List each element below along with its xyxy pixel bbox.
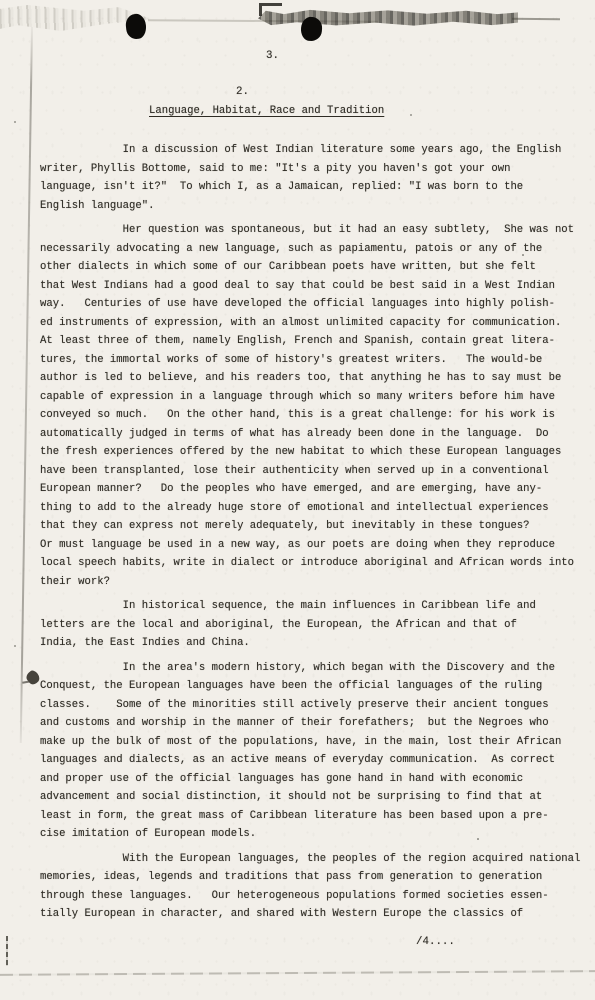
torn-edge-shadow <box>258 9 518 26</box>
document-body: In a discussion of West Indian literatur… <box>40 141 580 930</box>
section-title: Language, Habitat, Race and Tradition <box>149 104 384 118</box>
continuation-mark: /4.... <box>416 936 455 949</box>
page-number: 3. <box>266 50 279 63</box>
paper-speck <box>14 645 16 647</box>
bottom-fold-crease <box>0 970 595 975</box>
torn-edge-notch <box>259 3 282 16</box>
paper-speck <box>410 114 412 116</box>
margin-mark-bottom-left <box>6 936 8 966</box>
ink-blot-right <box>300 16 323 42</box>
paragraph-1: In a discussion of West Indian literatur… <box>40 141 580 215</box>
paragraph-4: In the area's modern history, which bega… <box>40 659 580 844</box>
paragraph-2: Her question was spontaneous, but it had… <box>40 221 580 591</box>
paragraph-5: With the European languages, the peoples… <box>40 850 580 924</box>
section-number: 2. <box>236 86 249 99</box>
left-fold-crease <box>20 27 33 743</box>
paper-speck <box>14 121 16 123</box>
scanned-typescript-page: 3. 2. Language, Habitat, Race and Tradit… <box>0 0 595 1000</box>
paragraph-3: In historical sequence, the main influen… <box>40 597 580 653</box>
torn-edge-tail-line <box>512 18 560 20</box>
